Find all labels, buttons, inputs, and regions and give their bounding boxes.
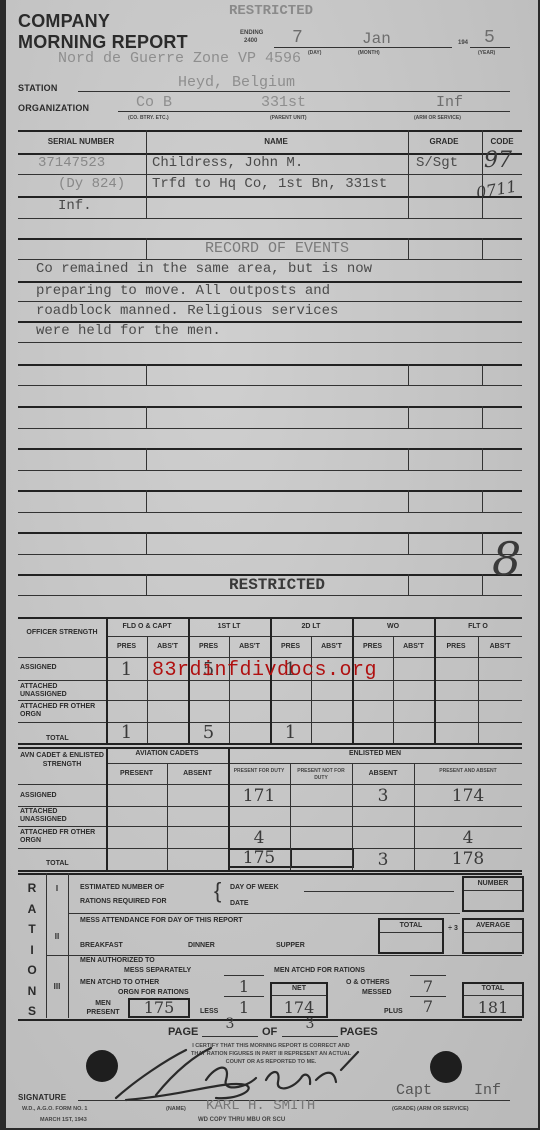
section-i-label-1: ESTIMATED NUMBER OF (80, 884, 164, 891)
ending-time: 2400 (244, 38, 257, 44)
form-title-line1: COMPANY (18, 12, 110, 31)
officer-total-1stlt-pres: 5 (188, 722, 229, 743)
net-label: NET (270, 985, 328, 992)
margin-handwritten-mark: 8 (492, 532, 521, 586)
station-label: STATION (18, 83, 58, 93)
officer-group-2: 2D LT (270, 623, 352, 630)
report-month: Jan (362, 30, 391, 48)
col-header-code: CODE (482, 137, 522, 146)
officer-sub-abst-4: ABS'T (478, 643, 522, 650)
enlisted-assigned-total: 174 (414, 786, 522, 806)
officer-sub-abst-3: ABS'T (393, 643, 434, 650)
officer-sub-abst-0: ABS'T (147, 643, 188, 650)
of-value: 3 (282, 1016, 338, 1032)
event-line-0: Co remained in the same area, but is now (36, 261, 372, 277)
atchd-other-label-1: MEN ATCHD TO OTHER (80, 979, 159, 986)
officer-group-4: FLT O (434, 623, 522, 630)
dinner-label: DINNER (188, 942, 215, 949)
officer-group-0: FLD O & CAPT (106, 623, 188, 630)
org-arm-caption: (ARM OR SERVICE) (414, 115, 461, 121)
officer-row-label-attached-unassigned: ATTACHED UNASSIGNED (20, 683, 104, 699)
officer-sub-abst-2: ABS'T (311, 643, 352, 650)
org-company: Co B (136, 94, 172, 111)
org-company-caption: (CO. BTRY. ETC.) (128, 115, 169, 121)
event-line-3: were held for the men. (36, 323, 221, 339)
officer-sub-abst-1: ABS'T (229, 643, 270, 650)
supper-label: SUPPER (276, 942, 305, 949)
rations-letter: N (18, 981, 46, 1002)
authorized-label-2: MESS SEPARATELY (124, 967, 191, 974)
copy-note: WD COPY THRU MBU OR SCU (198, 1117, 285, 1123)
year-caption: (YEAR) (478, 50, 495, 56)
enlisted-men-header: ENLISTED MEN (228, 750, 522, 757)
enlisted-sub-present-absent: PRESENT AND ABSENT (414, 768, 522, 775)
org-regiment: 331st (261, 94, 306, 111)
enlisted-total-pfd: 175 (228, 848, 290, 868)
section-i-numeral: I (46, 884, 68, 893)
rations-letter: T (18, 919, 46, 940)
enlisted-assigned-absent: 3 (352, 786, 414, 806)
officer-sub-pres-2: PRES (270, 643, 311, 650)
enlisted-attached-total: 4 (414, 828, 522, 848)
aviation-cadets-header: AVIATION CADETS (106, 750, 228, 757)
page-label: PAGE (168, 1026, 198, 1038)
brace-icon: { (214, 878, 221, 904)
less-value: 1 (224, 998, 264, 1017)
personnel-grade-0: S/Sgt (416, 155, 458, 171)
col-header-serial: SERIAL NUMBER (18, 137, 144, 146)
restricted-stamp-top: RESTRICTED (211, 3, 331, 19)
date-label: DATE (230, 900, 249, 907)
name-caption: (NAME) (166, 1106, 186, 1112)
officer-total-fldo-pres: 1 (106, 722, 147, 743)
o-others-value: 7 (410, 977, 446, 996)
plus-label: PLUS (384, 1008, 403, 1015)
men-present-label: MEN PRESENT (78, 999, 128, 1017)
officer-sub-pres-0: PRES (106, 643, 147, 650)
authorized-label-1: MEN AUTHORIZED TO (80, 957, 155, 964)
enlisted-sub-absent: ABSENT (352, 770, 414, 777)
breakfast-label: BREAKFAST (80, 942, 123, 949)
rations-letter: R (18, 878, 46, 899)
net-value: 174 (270, 998, 328, 1017)
personnel-code-0: 97 (484, 148, 512, 173)
section-iii-numeral: III (46, 982, 68, 991)
record-of-events-title: RECORD OF EVENTS (146, 240, 408, 257)
report-day: 7 (292, 28, 303, 48)
organization-label: ORGANIZATION (18, 103, 89, 113)
officer-group-1: 1ST LT (188, 623, 270, 630)
org-arm: Inf (436, 94, 463, 111)
officer-sub-pres-1: PRES (188, 643, 229, 650)
enlisted-total-absent: 3 (352, 850, 414, 870)
of-label: OF (262, 1026, 277, 1038)
report-year: 5 (484, 28, 495, 48)
form-id-line2: MARCH 1ST, 1943 (40, 1117, 87, 1123)
day-of-week-label: DAY OF WEEK (230, 884, 279, 891)
station-value: Heyd, Belgium (178, 74, 295, 91)
officer-row-label-attached-other: ATTACHED FR OTHER ORGN (20, 703, 104, 719)
atchd-other-label-2: ORGN FOR RATIONS (118, 989, 189, 996)
officer-sub-pres-4: PRES (434, 643, 478, 650)
enlisted-row-label-total: TOTAL (46, 860, 69, 867)
personnel-name-1: Trfd to Hq Co, 1st Bn, 331st (152, 176, 387, 192)
enlisted-sub-cadet-present: PRESENT (106, 770, 167, 777)
officer-row-label-assigned: ASSIGNED (20, 664, 57, 671)
mess-attendance-label: MESS ATTENDANCE FOR DAY OF THIS REPORT (80, 917, 243, 924)
enlisted-sub-cadet-absent: ABSENT (167, 770, 228, 777)
less-label: LESS (200, 1008, 218, 1015)
website-watermark: 83rdinfdivdocs.org (152, 659, 377, 682)
ration-total-value: 181 (462, 998, 524, 1017)
org-regiment-caption: (PARENT UNIT) (270, 115, 307, 121)
personnel-serial-1: (Dy 824) (58, 176, 125, 192)
rations-letter: A (18, 899, 46, 920)
restricted-stamp-middle: RESTRICTED (146, 576, 408, 594)
day-caption: (DAY) (308, 50, 321, 56)
enlisted-attached-pfd: 4 (228, 828, 290, 848)
officer-strength-title: OFFICER STRENGTH (18, 628, 106, 637)
enlisted-sub-present-not-duty: PRESENT NOT FOR DUTY (290, 768, 352, 782)
rations-letter: O (18, 960, 46, 981)
enlisted-total-total: 178 (414, 849, 522, 869)
ending-label: ENDING (240, 30, 263, 36)
grade-caption: (GRADE) (ARM OR SERVICE) (392, 1106, 469, 1112)
personnel-serial-0: 37147523 (38, 155, 105, 171)
form-id-line1: W.D., A.G.O. FORM NO. 1 (22, 1106, 88, 1112)
officer-assigned-fldo-pres: 1 (106, 659, 147, 680)
mess-total-label: TOTAL (378, 922, 444, 929)
plus-value: 7 (410, 997, 446, 1016)
enlisted-sub-present-duty: PRESENT FOR DUTY (228, 768, 290, 775)
enlisted-assigned-pfd: 171 (228, 786, 290, 806)
signature-label: SIGNATURE (18, 1093, 66, 1102)
event-line-2: roadblock manned. Religious services (36, 303, 338, 319)
event-line-1: preparing to move. All outposts and (36, 283, 330, 299)
rations-side-label: R A T I O N S (18, 878, 46, 1022)
o-others-label-1: O & OTHERS (346, 979, 390, 986)
o-others-label-2: MESSED (362, 989, 392, 996)
officer-group-3: WO (352, 623, 434, 630)
signer-name: KARL H. SMITH (206, 1098, 315, 1114)
section-ii-numeral: II (46, 932, 68, 941)
atchd-other-value: 1 (224, 977, 264, 996)
rations-letter: I (18, 940, 46, 961)
col-header-name: NAME (146, 137, 406, 146)
men-present-value: 175 (128, 998, 190, 1017)
officer-total-2dlt-pres: 1 (270, 722, 311, 743)
col-header-grade: GRADE (408, 137, 480, 146)
section-i-label-2: RATIONS REQUIRED FOR (80, 898, 167, 905)
pages-label: PAGES (340, 1026, 378, 1038)
mess-average-label: AVERAGE (462, 922, 524, 929)
morning-report-card: RESTRICTED COMPANY MORNING REPORT ENDING… (6, 0, 538, 1128)
atchd-rations-label: MEN ATCHD FOR RATIONS (274, 967, 365, 974)
enlisted-row-label-assigned: ASSIGNED (20, 792, 57, 799)
page-value: 3 (202, 1016, 258, 1032)
personnel-name-0: Childress, John M. (152, 155, 303, 171)
binder-hole-right (430, 1051, 462, 1083)
officer-sub-pres-3: PRES (352, 643, 393, 650)
enlisted-row-label-attached-other: ATTACHED FR OTHER ORGN (20, 829, 104, 845)
month-caption: (MONTH) (358, 50, 380, 56)
ration-total-label: TOTAL (462, 985, 524, 992)
location-line: Nord de Guerre Zone VP 4596 (58, 50, 301, 67)
enlisted-strength-title: AVN CADET & ENLISTED STRENGTH (18, 751, 106, 769)
personnel-serial-2: Inf. (58, 198, 92, 214)
signer-grade: Capt (396, 1082, 432, 1099)
number-label: NUMBER (462, 880, 524, 887)
year-prefix: 194 (458, 40, 468, 46)
signer-arm: Inf (474, 1082, 501, 1099)
divide-by-three: ÷ 3 (444, 924, 462, 934)
enlisted-row-label-attached-unassigned: ATTACHED UNASSIGNED (20, 808, 104, 824)
officer-row-label-total: TOTAL (46, 735, 69, 742)
